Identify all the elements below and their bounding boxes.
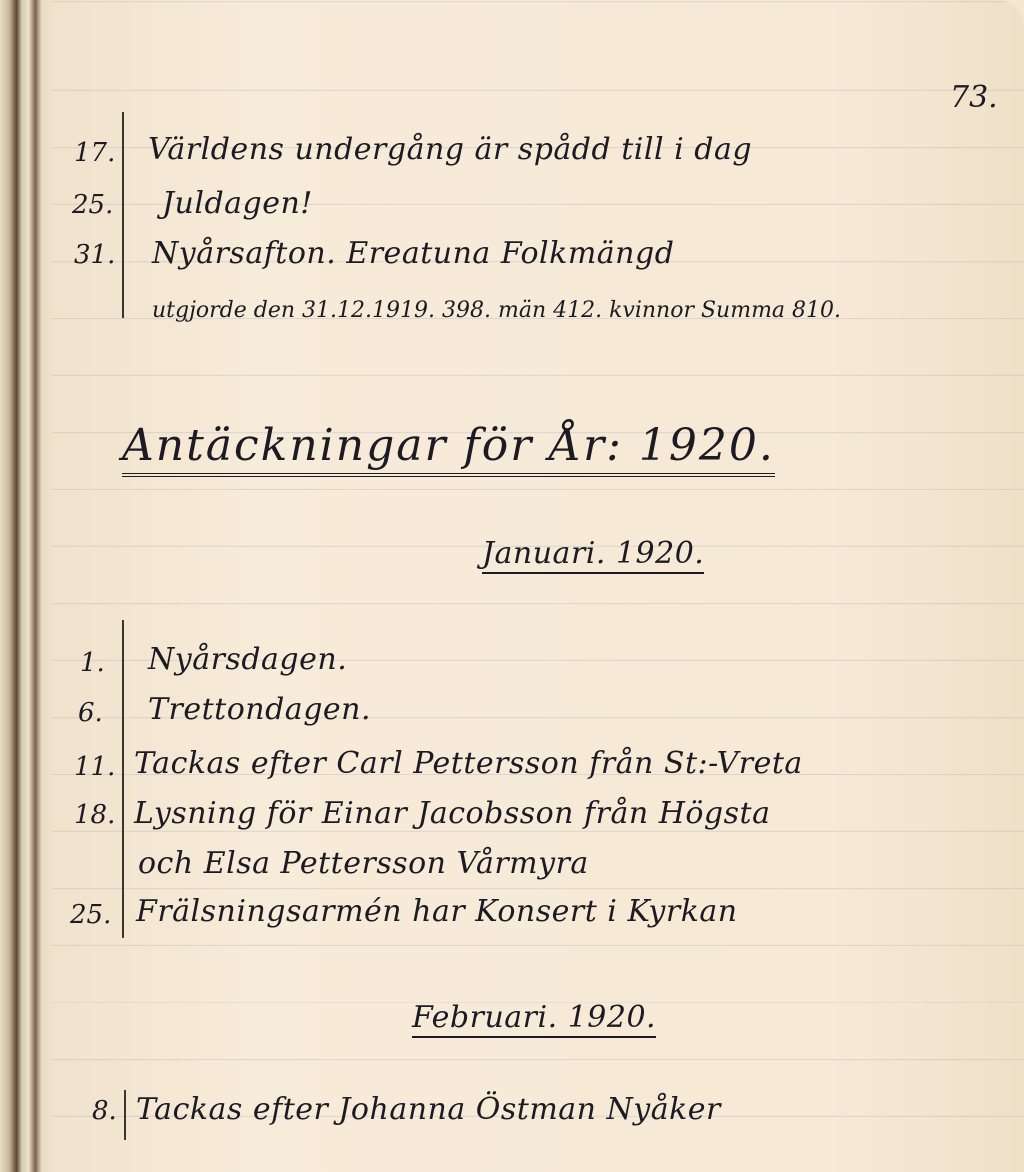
month-heading-january: Januari. 1920. [482, 536, 704, 574]
entry-day: 1. [80, 648, 105, 678]
entry-day: 31. [74, 240, 115, 270]
margin-rule-1919 [122, 112, 124, 318]
section-title: Antäckningar för År: 1920. [122, 420, 775, 477]
page-number: 73. [950, 80, 998, 115]
entry-day: 25. [72, 190, 113, 220]
entry-day: 11. [74, 752, 115, 782]
entry-text: Världens undergång är spådd till i dag [148, 132, 752, 167]
entry-text-continued: och Elsa Pettersson Vårmyra [138, 846, 589, 881]
entry-day: 18. [74, 800, 115, 830]
entry-text: Juldagen! [162, 186, 313, 221]
month-heading-february: Februari. 1920. [412, 1000, 656, 1038]
entry-text: Trettondagen. [148, 692, 371, 727]
entry-day: 6. [78, 698, 103, 728]
book-spine [0, 0, 52, 1172]
entry-day: 8. [92, 1096, 117, 1126]
notebook-page: 73. 17. Världens undergång är spådd till… [52, 0, 1024, 1172]
entry-text-continued: utgjorde den 31.12.1919. 398. män 412. k… [152, 298, 841, 323]
entry-text: Tackas efter Carl Pettersson från St:-Vr… [134, 746, 803, 781]
entry-text: Nyårsafton. Ereatuna Folkmängd [152, 236, 674, 271]
margin-rule-february [124, 1090, 126, 1140]
entry-day: 25. [70, 900, 111, 930]
margin-rule-january [122, 620, 124, 938]
entry-text: Lysning för Einar Jacobsson från Högsta [134, 796, 770, 831]
entry-text: Tackas efter Johanna Östman Nyåker [136, 1092, 721, 1127]
entry-text: Nyårsdagen. [148, 642, 347, 677]
entry-day: 17. [74, 138, 115, 168]
entry-text: Frälsningsarmén har Konsert i Kyrkan [136, 894, 738, 929]
